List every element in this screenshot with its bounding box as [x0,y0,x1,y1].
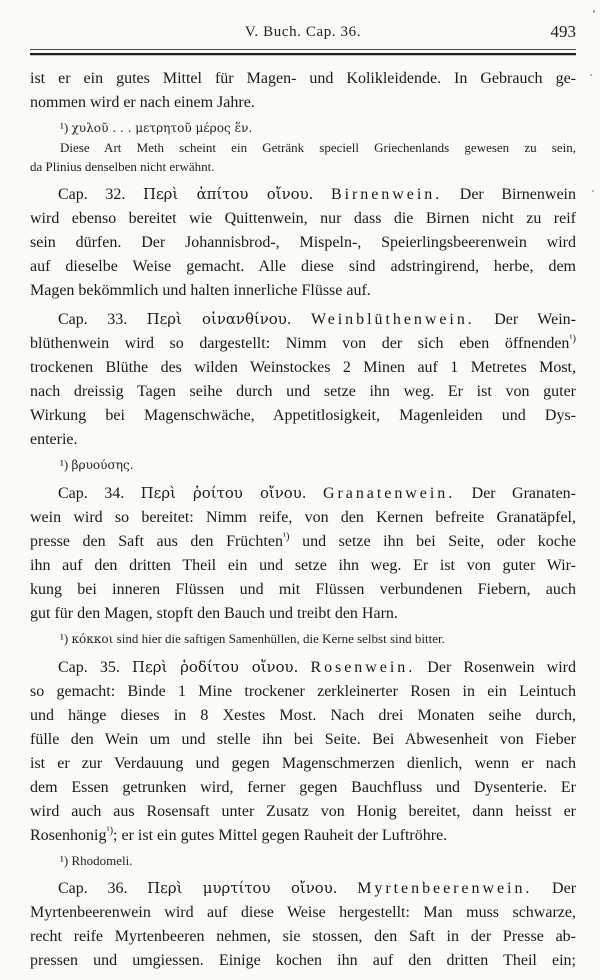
text-run: Diese Art Meth scheint ein Getränk speci… [60,140,576,155]
text-line: Wirkung bei Magenschwäche, Appetitlosigk… [30,404,576,428]
text-run: Cap. 32. [58,186,143,203]
text-run: Cap. 36. [58,880,147,897]
header-rule-thick [30,53,576,55]
text-run: ist er ein gutes Mittel für Magen- und K… [30,70,576,87]
text-line: ist er zur Verdauung und gegen Magenschm… [30,752,576,776]
text-line: gut für den Magen, stopft den Bauch und … [30,602,576,626]
text-line: presse den Saft aus den Früchten¹) und s… [30,530,576,554]
text-line: Cap. 33. Περὶ οἰνανθίνου. Weinblüthenwei… [30,307,576,332]
text-run: Der Granaten- [455,485,576,502]
book-page: V. Buch. Cap. 36. 493 ist er ein gutes M… [0,0,600,980]
text-run: trockenen Blüthe des wilden Weinstockes … [30,359,576,376]
greek-text: Περὶ μυρτίτου οἴνου. [147,879,337,897]
text-line: auf dieselbe Weise gemacht. Alle diese s… [30,255,576,279]
chapter-34-paragraph: Cap. 34. Περὶ ῥοίτου οἴνου. Granatenwein… [30,481,576,626]
text-run: Rosenhonig [30,827,106,844]
text-run [292,311,311,328]
text-run: Cap. 35. [58,659,132,676]
text-line: kung bei inneren Flüssen und mit Flüssen… [30,578,576,602]
text-run: ¹) [60,120,71,135]
text-run: presse den Saft aus den Früchten [30,533,283,550]
greek-text: Περὶ ῥοδίτου οἴνου. [132,658,298,676]
header-rule [30,49,576,55]
text-run: Myrtenbeerenwein wird auf diese Weise he… [30,904,576,921]
text-run [298,659,310,676]
text-run: da Plinius denselben nicht erwähnt. [30,159,215,174]
text-run: gut für den Magen, stopft den Bauch und … [30,605,398,622]
text-run: wird ebenso bereitet wie Quittenwein, nu… [30,210,576,227]
text-run [313,186,331,203]
text-run: ¹) [60,457,71,472]
text-run: Der [532,880,576,897]
page-body: ist er ein gutes Mittel für Magen- und K… [30,67,576,973]
greek-text: κόκκοι [71,632,113,646]
text-line: wird ebenso bereitet wie Quittenwein, nu… [30,207,576,231]
chapter-36-paragraph: Cap. 36. Περὶ μυρτίτου οἴνου. Myrtenbeer… [30,876,576,973]
text-line: ¹) κόκκοι sind hier die saftigen Samenhü… [30,629,576,649]
spaced-heading-text: Rosenwein. [310,659,415,676]
text-run: sind hier die saftigen Samenhüllen, die … [113,631,444,646]
greek-text: βρυούσης. [71,458,133,472]
greek-text: Περὶ οἰνανθίνου. [147,310,292,328]
text-run: nach dreissig Tagen seihe durch und setz… [30,383,576,400]
text-run: und hänge dieses in 8 Xestes Most. Nach … [30,707,576,724]
page-number: 493 [551,22,577,42]
scan-artifact [592,190,594,192]
text-line: recht reife Myrtenbeeren nehmen, sie sto… [30,925,576,949]
spaced-heading-text: Birnenwein. [331,186,442,203]
text-line: enterie. [30,428,576,452]
text-line: wein wird so bereitet: Nimm reife, von d… [30,506,576,530]
chapter-35-paragraph: Cap. 35. Περὶ ῥοδίτου οἴνου. Rosenwein. … [30,655,576,848]
text-run: ; er ist ein gutes Mittel gegen Rauheit … [113,827,447,844]
text-run: fülle den Wein um und stelle ihn bei Sei… [30,731,576,748]
text-line: wird auch aus Rosensaft unter Zusatz von… [30,800,576,824]
text-run: und setze ihn bei Seite, oder koche [290,533,576,550]
footnote-marker: ¹) [569,334,576,345]
text-line: nach dreissig Tagen seihe durch und setz… [30,380,576,404]
text-line: Diese Art Meth scheint ein Getränk speci… [30,138,576,157]
text-run: Wirkung bei Magenschwäche, Appetitlosigk… [30,407,576,424]
footnote-kokkoi: ¹) κόκκοι sind hier die saftigen Samenhü… [30,629,576,649]
text-run: wird auch aus Rosensaft unter Zusatz von… [30,803,576,820]
text-run: Der Rosenwein wird [415,659,576,676]
text-line: sein dürfen. Der Johannisbrod-, Mispeln-… [30,231,576,255]
text-line: ist er ein gutes Mittel für Magen- und K… [30,67,576,91]
text-run: ihn auf den dritten Theil ein und setze … [30,557,576,574]
text-line: pressen und umgiessen. Einige kochen ihn… [30,949,576,973]
chapter-32-paragraph: Cap. 32. Περὶ ἀπίτου οἴνου. Birnenwein. … [30,182,576,303]
text-line: blüthenwein wird so dargestellt: Nimm vo… [30,332,576,356]
text-line: Cap. 32. Περὶ ἀπίτου οἴνου. Birnenwein. … [30,182,576,207]
text-line: Cap. 36. Περὶ μυρτίτου οἴνου. Myrtenbeer… [30,876,576,901]
text-run: Der Wein- [475,311,576,328]
running-title: V. Buch. Cap. 36. [30,24,576,41]
text-run: ¹) Rhodomeli. [60,853,133,868]
text-run: recht reife Myrtenbeeren nehmen, sie sto… [30,928,576,945]
text-line: Cap. 35. Περὶ ῥοδίτου οἴνου. Rosenwein. … [30,655,576,680]
text-run: blüthenwein wird so dargestellt: Nimm vo… [30,335,569,352]
text-line: Magen bekömmlich und halten innerliche F… [30,279,576,303]
text-line: Rosenhonig¹); er ist ein gutes Mittel ge… [30,824,576,848]
spaced-heading-text: Myrtenbeerenwein. [357,880,532,897]
text-line: so gemacht: Binde 1 Mine trockener zerkl… [30,680,576,704]
text-line: ¹) χυλοῦ . . . μετρητοῦ μέρος ἕν. [30,118,576,138]
chapter-33-paragraph: Cap. 33. Περὶ οἰνανθίνου. Weinblüthenwei… [30,307,576,452]
text-line: und hänge dieses in 8 Xestes Most. Nach … [30,704,576,728]
text-line: ¹) Rhodomeli. [30,851,576,870]
text-run: Cap. 34. [58,485,141,502]
text-run: sein dürfen. Der Johannisbrod-, Mispeln-… [30,234,576,251]
text-run: so gemacht: Binde 1 Mine trockener zerkl… [30,683,576,700]
footnote-group-meth: ¹) χυλοῦ . . . μετρητοῦ μέρος ἕν.Diese A… [30,118,576,176]
text-run [307,485,323,502]
text-run: Magen bekömmlich und halten innerliche F… [30,282,371,299]
footnote-bryouses: ¹) βρυούσης. [30,455,576,475]
text-line: da Plinius denselben nicht erwähnt. [30,157,576,176]
text-run: Der Birnenwein [442,186,576,203]
text-run: ¹) [60,631,71,646]
text-run: ist er zur Verdauung und gegen Magenschm… [30,755,576,772]
text-line: fülle den Wein um und stelle ihn bei Sei… [30,728,576,752]
text-line: nommen wird er nach einem Jahre. [30,91,576,115]
scan-artifact [590,74,592,76]
greek-text: χυλοῦ . . . μετρητοῦ μέρος ἕν. [71,121,252,135]
footnote-marker: ¹) [283,532,290,543]
text-run: auf dieselbe Weise gemacht. Alle diese s… [30,258,576,275]
text-line: ihn auf den dritten Theil ein und setze … [30,554,576,578]
text-run: pressen und umgiessen. Einige kochen ihn… [30,952,576,969]
header-rule-thin [30,49,576,50]
paragraph-continuation: ist er ein gutes Mittel für Magen- und K… [30,67,576,115]
spaced-heading-text: Granatenwein. [323,485,455,502]
footnote-rhodomeli: ¹) Rhodomeli. [30,851,576,870]
text-line: trockenen Blüthe des wilden Weinstockes … [30,356,576,380]
greek-text: Περὶ ῥοίτου οἴνου. [141,484,307,502]
text-run: kung bei inneren Flüssen und mit Flüssen… [30,581,576,598]
scan-artifact [593,10,595,13]
text-run: wein wird so bereitet: Nimm reife, von d… [30,509,576,526]
page-header: V. Buch. Cap. 36. 493 [30,24,576,44]
text-run: dem Essen getrunken wird, ferner gegen B… [30,779,576,796]
text-run: Cap. 33. [58,311,147,328]
text-line: Myrtenbeerenwein wird auf diese Weise he… [30,901,576,925]
text-run: enterie. [30,431,78,448]
text-line: Cap. 34. Περὶ ῥοίτου οἴνου. Granatenwein… [30,481,576,506]
text-line: ¹) βρυούσης. [30,455,576,475]
text-line: dem Essen getrunken wird, ferner gegen B… [30,776,576,800]
text-run: nommen wird er nach einem Jahre. [30,94,255,111]
spaced-heading-text: Weinblüthenwein. [311,311,475,328]
greek-text: Περὶ ἀπίτου οἴνου. [143,185,313,203]
text-run [338,880,358,897]
